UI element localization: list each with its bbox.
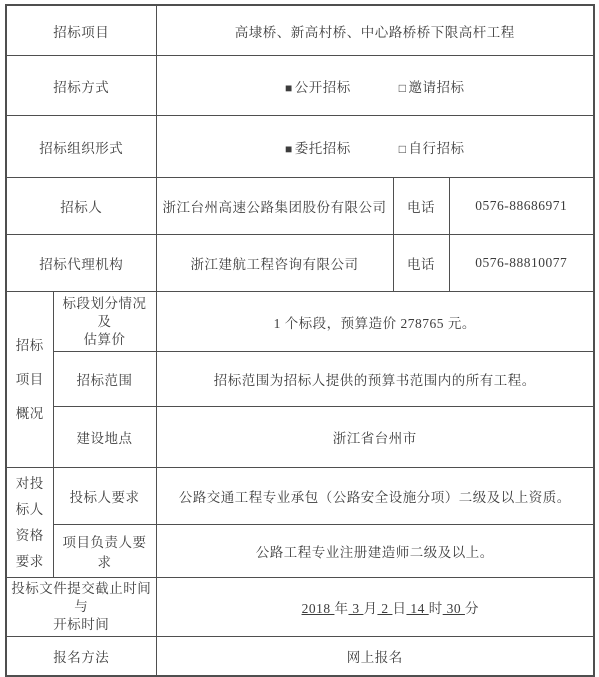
group-label-line: 招标 — [11, 329, 49, 363]
group-label-line: 标人 — [11, 497, 49, 523]
row-bidder-requirement: 对投 标人 资格 要求 投标人要求 公路交通工程专业承包（公路安全设施分项）二级… — [6, 468, 594, 525]
option-entrusted-tender: ■委托招标 — [285, 137, 351, 157]
group-label-bidder-qualification: 对投 标人 资格 要求 — [6, 468, 53, 578]
value-registration: 网上报名 — [156, 637, 594, 677]
deadline-part: 3 — [348, 601, 363, 616]
checkbox-empty-icon: □ — [399, 81, 407, 95]
value-sections-estimate: 1 个标段，预算造价 278765 元。 — [156, 292, 594, 352]
row-construction-location: 建设地点 浙江省台州市 — [6, 407, 594, 468]
option-label: 公开招标 — [295, 80, 351, 95]
label-deadline: 投标文件提交截止时间与 开标时间 — [6, 578, 156, 637]
deadline-part: 年 — [334, 601, 348, 616]
row-tender-project: 招标项目 高埭桥、新高村桥、中心路桥桥下限高杆工程 — [6, 5, 594, 56]
checkbox-filled-icon: ■ — [285, 81, 293, 95]
value-tenderer-phone: 0576-88686971 — [449, 178, 594, 235]
value-org-form: ■委托招标 □自行招标 — [156, 116, 594, 178]
row-tender-method: 招标方式 ■公开招标 □邀请招标 — [6, 56, 594, 116]
label-tender-method: 招标方式 — [6, 56, 156, 116]
row-agency: 招标代理机构 浙江建航工程咨询有限公司 电话 0576-88810077 — [6, 235, 594, 292]
tender-info-table: 招标项目 高埭桥、新高村桥、中心路桥桥下限高杆工程 招标方式 ■公开招标 □邀请… — [5, 4, 595, 677]
value-tender-method: ■公开招标 □邀请招标 — [156, 56, 594, 116]
checkbox-empty-icon: □ — [399, 142, 407, 156]
value-manager-requirement: 公路工程专业注册建造师二级及以上。 — [156, 525, 594, 578]
group-label-line: 概况 — [11, 397, 49, 431]
value-agency-phone: 0576-88810077 — [449, 235, 594, 292]
deadline-part: 月 — [363, 601, 377, 616]
deadline-part: 14 — [406, 601, 428, 616]
label-construction-location: 建设地点 — [53, 407, 156, 468]
value-tender-scope: 招标范围为招标人提供的预算书范围内的所有工程。 — [156, 352, 594, 407]
group-label-line: 对投 — [11, 471, 49, 497]
value-deadline: 2018 年 3 月 2 日 14 时 30 分 — [156, 578, 594, 637]
deadline-part: 2 — [377, 601, 392, 616]
group-label-line: 要求 — [11, 549, 49, 575]
option-self-tender: □自行招标 — [399, 137, 465, 157]
group-label-project-overview: 招标 项目 概况 — [6, 292, 53, 468]
deadline-part: 日 — [392, 601, 406, 616]
group-label-line: 项目 — [11, 363, 49, 397]
row-tenderer: 招标人 浙江台州高速公路集团股份有限公司 电话 0576-88686971 — [6, 178, 594, 235]
row-sections-estimate: 招标 项目 概况 标段划分情况及 估算价 1 个标段，预算造价 278765 元… — [6, 292, 594, 352]
row-registration: 报名方法 网上报名 — [6, 637, 594, 677]
label-agency-phone: 电话 — [393, 235, 449, 292]
label-tender-project: 招标项目 — [6, 5, 156, 56]
label-manager-requirement: 项目负责人要求 — [53, 525, 156, 578]
value-bidder-requirement: 公路交通工程专业承包（公路安全设施分项）二级及以上资质。 — [156, 468, 594, 525]
row-manager-requirement: 项目负责人要求 公路工程专业注册建造师二级及以上。 — [6, 525, 594, 578]
deadline-part: 30 — [443, 601, 465, 616]
deadline-part: 分 — [465, 601, 479, 616]
group-label-line: 资格 — [11, 523, 49, 549]
value-construction-location: 浙江省台州市 — [156, 407, 594, 468]
deadline-part: 时 — [429, 601, 443, 616]
value-tenderer-company: 浙江台州高速公路集团股份有限公司 — [156, 178, 393, 235]
row-tender-scope: 招标范围 招标范围为招标人提供的预算书范围内的所有工程。 — [6, 352, 594, 407]
label-agency: 招标代理机构 — [6, 235, 156, 292]
option-invited-tender: □邀请招标 — [399, 76, 465, 96]
value-tender-project: 高埭桥、新高村桥、中心路桥桥下限高杆工程 — [156, 5, 594, 56]
label-sections-estimate: 标段划分情况及 估算价 — [53, 292, 156, 352]
row-deadline: 投标文件提交截止时间与 开标时间 2018 年 3 月 2 日 14 时 30 … — [6, 578, 594, 637]
option-public-tender: ■公开招标 — [285, 76, 351, 96]
checkbox-filled-icon: ■ — [285, 142, 293, 156]
tender-document-page: 招标项目 高埭桥、新高村桥、中心路桥桥下限高杆工程 招标方式 ■公开招标 □邀请… — [0, 0, 599, 627]
label-registration: 报名方法 — [6, 637, 156, 677]
label-tenderer: 招标人 — [6, 178, 156, 235]
row-org-form: 招标组织形式 ■委托招标 □自行招标 — [6, 116, 594, 178]
label-bidder-requirement: 投标人要求 — [53, 468, 156, 525]
option-label: 自行招标 — [409, 141, 465, 156]
option-label: 委托招标 — [295, 141, 351, 156]
label-tenderer-phone: 电话 — [393, 178, 449, 235]
value-agency-company: 浙江建航工程咨询有限公司 — [156, 235, 393, 292]
deadline-part: 2018 — [302, 601, 335, 616]
label-tender-scope: 招标范围 — [53, 352, 156, 407]
label-org-form: 招标组织形式 — [6, 116, 156, 178]
option-label: 邀请招标 — [409, 80, 465, 95]
